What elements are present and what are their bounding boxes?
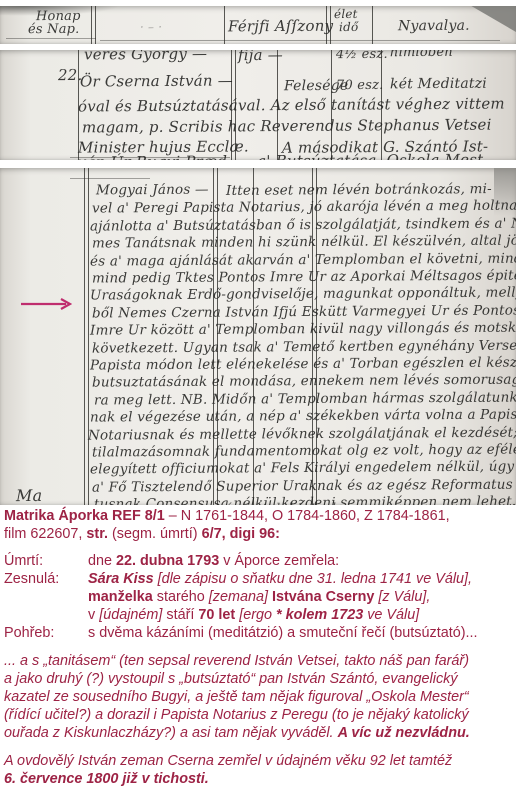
handwriting-line: 4½ esz. xyxy=(336,50,388,62)
text-segment: v xyxy=(88,607,99,623)
text-segment: starého xyxy=(153,589,209,605)
text-segment: film 622607, xyxy=(4,526,86,542)
text-segment: 6/7, digi 96: xyxy=(202,526,280,542)
text-segment: dne xyxy=(88,553,116,569)
pointer-arrow-icon xyxy=(20,297,72,311)
handwriting-line: ra meg lett. NB. Midőn a' Templomban hár… xyxy=(94,390,516,409)
column-rule-line xyxy=(84,168,85,505)
text-segment: ouřada z Kiskunlaczházy?) a asi tam něja… xyxy=(4,725,338,741)
text-segment: A ovdovělý István zeman Cserna zemřel v … xyxy=(4,753,452,769)
handwriting-line: számi ztok kintsober xyxy=(210,500,356,505)
document-page: Honapés Nap.· – ·Férjfi AſſzonyéletidőNy… xyxy=(0,0,516,800)
handwriting-line: idő xyxy=(339,20,358,34)
record-label: Zesnulá: xyxy=(4,570,88,624)
text-line: s dvěma kázáními (meditátzió) a smuteční… xyxy=(88,624,513,642)
handwriting-line: · – · xyxy=(140,20,162,34)
handwriting-line: Ör Cserna István — xyxy=(80,71,233,90)
handwriting-line: veres György — xyxy=(84,50,207,63)
handwriting-line: Imre Ur között a' Templomban kivül nagy … xyxy=(90,319,516,338)
handwriting-line: élet xyxy=(334,7,358,21)
baseline-rule xyxy=(100,40,500,41)
record-label: Úmrtí: xyxy=(4,552,88,570)
scan-note-page-strip: Mogyai János —Itten eset nem lévén botrá… xyxy=(0,168,516,505)
handwriting-line: Férjfi Aſſzony xyxy=(228,17,333,36)
handwriting-line: fija — xyxy=(238,50,283,64)
column-rule-line xyxy=(372,6,373,44)
handwriting-line: mind pedig Tktes Pontos Imre Ur az Apork… xyxy=(92,267,516,286)
handwriting-line: Notariusnak és mellette lévőknek szolgál… xyxy=(88,424,516,443)
handwriting-line: mes Tanátsnak minden hi szünk nélkül. El… xyxy=(92,232,516,251)
text-segment: [údajném] xyxy=(99,607,162,623)
text-segment: (řídící učitel?) a dorazil i Papista Not… xyxy=(4,707,469,723)
handwriting-line: 22. xyxy=(58,66,83,84)
death-record-table: Úmrtí:dne 22. dubna 1793 v Áporce zemřel… xyxy=(4,552,513,642)
reference-header: Matrika Áporka REF 8/1 – N 1761-1844, O … xyxy=(4,507,513,543)
text-segment: a jako druhý (?) vystoupil s „butsúztató… xyxy=(4,671,458,687)
handwriting-line: Itten eset nem lévén botránkozás, mi- xyxy=(226,181,492,199)
closing-note: A ovdovělý István zeman Cserna zemřel v … xyxy=(4,752,513,788)
handwriting-line: nak el végezése után, a nép a' székekben… xyxy=(90,406,516,425)
handwriting-line: következett. Ugyan tsak a' Temető kertbe… xyxy=(92,337,516,356)
text-line: 6. července 1800 již v tichosti. xyxy=(4,770,513,788)
baseline-rule xyxy=(6,38,96,39)
handwriting-line: a' Fő Tisztelendő Superior Uraknak és az… xyxy=(92,476,516,495)
scan-death-entry-strip: veres György —fija —4½ esz.himlöben22.Ör… xyxy=(0,50,516,160)
text-segment: A víc už nezvládnu. xyxy=(338,725,470,741)
record-lines: Sára Kiss [dle zápisu o sňatku dne 31. l… xyxy=(88,570,513,624)
column-rule-line xyxy=(224,6,225,44)
text-segment: [z Válu], xyxy=(374,589,430,605)
text-segment: 6. července 1800 již v tichosti. xyxy=(4,771,209,787)
handwriting-line: óval és Butsúztatásával. Az első tanítás… xyxy=(78,95,505,116)
text-line: (řídící učitel?) a dorazil i Papista Not… xyxy=(4,706,513,724)
text-segment: kazatel ze sousedního Bugyi, a ještě tam… xyxy=(4,689,469,705)
text-line: ... a s „tanitásem“ (ten sepsal reverend… xyxy=(4,652,513,670)
record-row: Pohřeb:s dvěma kázáními (meditátzió) a s… xyxy=(4,624,513,642)
text-segment: (segm. úmrtí) xyxy=(108,526,202,542)
handwriting-line: Uraságoknak Erdő-gondviselője, magunkat … xyxy=(90,284,516,303)
handwriting-line: magam, p. Scribis hac Reverendus Stephan… xyxy=(82,116,492,137)
text-segment: [dle zápisu o sňatku dne 31. ledna 1741 … xyxy=(154,571,472,587)
text-segment: * kolem 1723 xyxy=(276,607,363,623)
record-label: Pohřeb: xyxy=(4,624,88,642)
text-line: a jako druhý (?) vystoupil s „butsúztató… xyxy=(4,670,513,688)
handwriting-line: Nyavalya. xyxy=(398,18,470,35)
scan-register-header-strip: Honapés Nap.· – ·Férjfi AſſzonyéletidőNy… xyxy=(0,6,516,44)
text-line: A ovdovělý István zeman Cserna zemřel v … xyxy=(4,752,513,770)
annotation-block: Matrika Áporka REF 8/1 – N 1761-1844, O … xyxy=(4,507,513,788)
handwriting-line: vel a' Peregi Papista Notarius, jó akaró… xyxy=(92,197,516,216)
baseline-rule xyxy=(70,178,150,179)
handwriting-line: Papista módon lett elénekelése és a' Tor… xyxy=(90,354,516,373)
text-segment: [zemana] xyxy=(209,589,268,605)
handwriting-line: elegyített officiumokat a' Fels Királyi … xyxy=(90,459,514,478)
text-line: Matrika Áporka REF 8/1 – N 1761-1844, O … xyxy=(4,507,513,525)
handwriting-line: két Meditatzi xyxy=(390,76,487,93)
handwriting-line: Ma xyxy=(16,486,42,505)
text-segment: v Áporce zemřela: xyxy=(219,553,339,569)
text-line: manželka starého [zemana] Istvána Cserny… xyxy=(88,588,513,606)
text-line: dne 22. dubna 1793 v Áporce zemřela: xyxy=(88,552,513,570)
text-segment: – N 1761-1844, O 1784-1860, Z 1784-1861, xyxy=(165,508,450,524)
handwriting-line: és a' maga ajánlását akarván a' Templomb… xyxy=(90,250,516,269)
handwriting-line: 70 esz. xyxy=(336,78,384,93)
handwriting-line: himlöben xyxy=(390,50,453,60)
text-segment: Sára Kiss xyxy=(88,571,154,587)
text-line: film 622607, str. (segm. úmrtí) 6/7, dig… xyxy=(4,525,513,543)
handwriting-line: ből Nemes Czerna István Ifjú Eskütt Varm… xyxy=(92,303,516,322)
text-line: kazatel ze sousedního Bugyi, a ještě tam… xyxy=(4,688,513,706)
text-segment: 70 let xyxy=(198,607,235,623)
handwriting-line: és Nap. xyxy=(28,22,80,37)
record-lines: dne 22. dubna 1793 v Áporce zemřela: xyxy=(88,552,513,570)
text-segment: Istvána Cserny xyxy=(272,589,374,605)
text-segment: manželka xyxy=(88,589,153,605)
record-row: Zesnulá:Sára Kiss [dle zápisu o sňatku d… xyxy=(4,570,513,624)
record-lines: s dvěma kázáními (meditátzió) a smuteční… xyxy=(88,624,513,642)
handwriting-line: Mogyai János — xyxy=(96,182,209,199)
commentary-paragraph: ... a s „tanitásem“ (ten sepsal reverend… xyxy=(4,652,513,742)
handwriting-line: butsuztatásának el mondása, ennekem nem … xyxy=(92,371,516,390)
handwriting-line: tilalmazásomnak fundamentomokat olg ez v… xyxy=(92,442,516,461)
text-segment: str. xyxy=(86,526,108,542)
text-segment: stáří xyxy=(162,607,198,623)
text-line: v [údajném] stáří 70 let [ergo * kolem 1… xyxy=(88,606,513,624)
text-line: ouřada z Kiskunlaczházy?) a asi tam něja… xyxy=(4,724,513,742)
text-segment: [ergo xyxy=(239,607,276,623)
text-segment: ve Válu] xyxy=(363,607,419,623)
text-segment: 22. dubna 1793 xyxy=(116,553,219,569)
text-segment: ... a s „tanitásem“ (ten sepsal reverend… xyxy=(4,653,469,669)
text-segment: s dvěma kázáními (meditátzió) a smuteční… xyxy=(88,625,478,641)
text-segment: Matrika Áporka REF 8/1 xyxy=(4,508,165,524)
handwriting-line: ajánlotta a' Butsúztatásban ő is szolgál… xyxy=(90,215,516,234)
text-line: Sára Kiss [dle zápisu o sňatku dne 31. l… xyxy=(88,570,513,588)
record-row: Úmrtí:dne 22. dubna 1793 v Áporce zemřel… xyxy=(4,552,513,570)
